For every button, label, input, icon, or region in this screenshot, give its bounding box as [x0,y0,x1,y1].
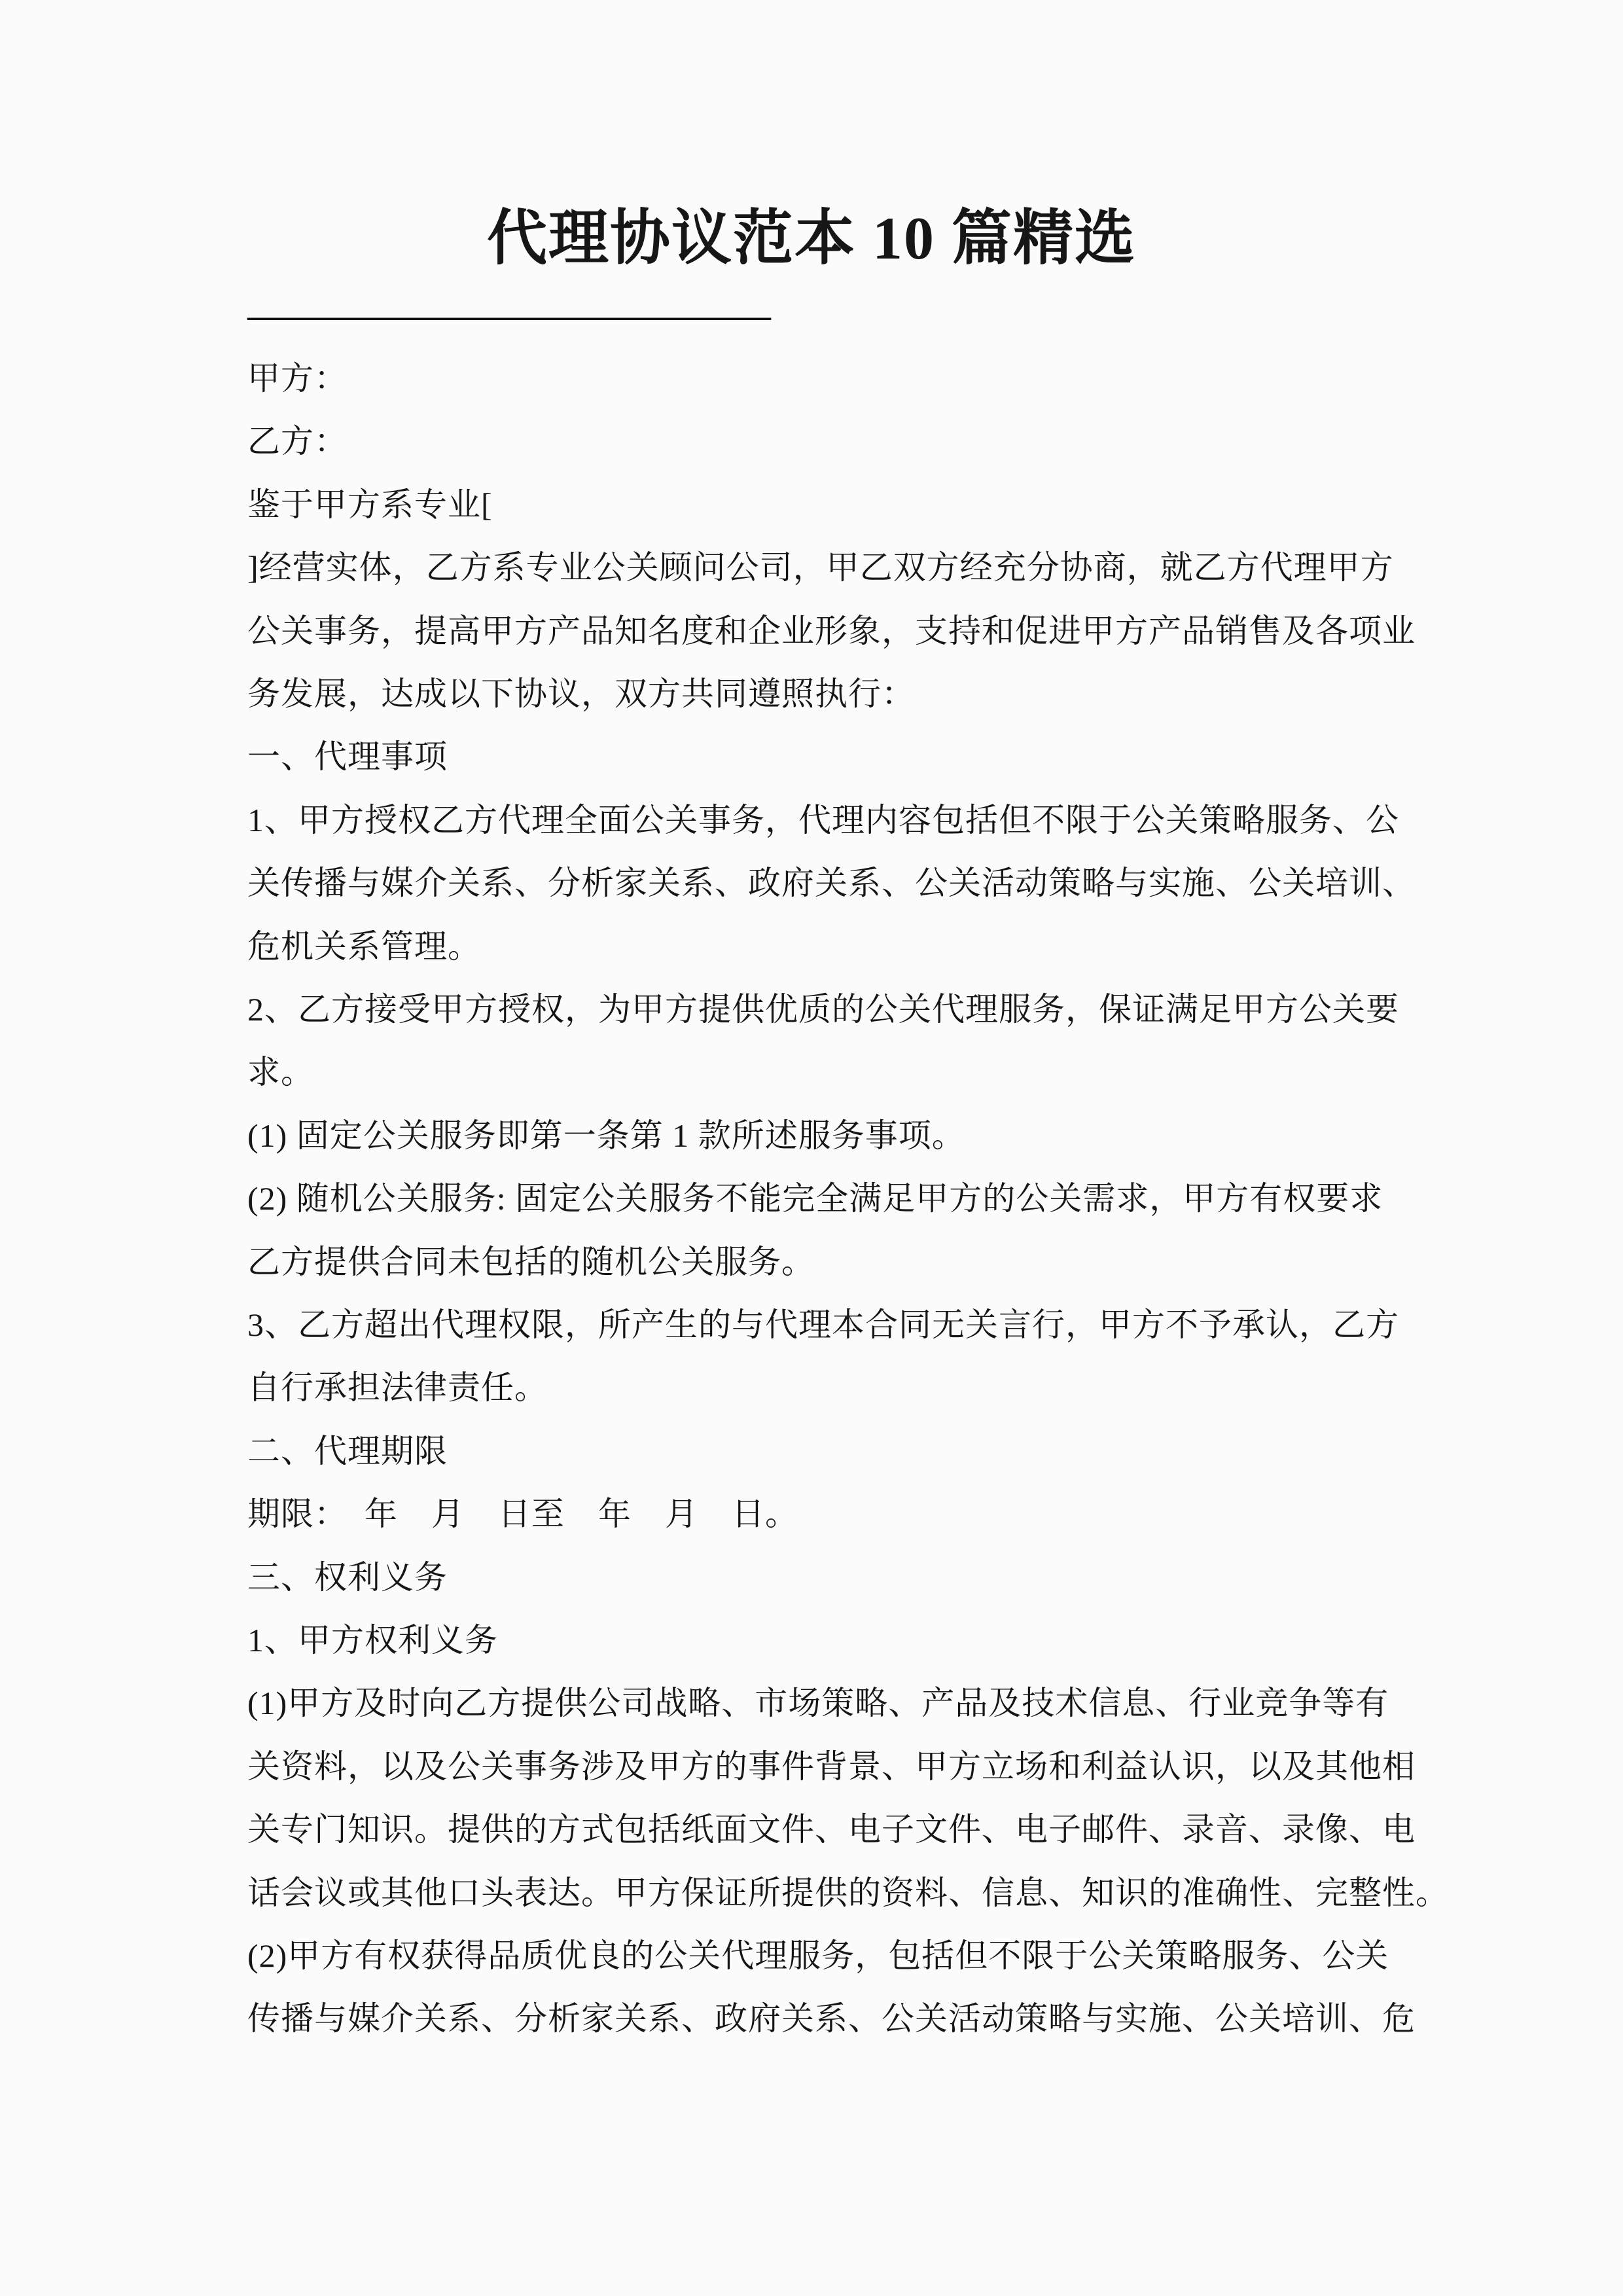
text-line: 1、甲方授权乙方代理全面公关事务，代理内容包括但不限于公关策略服务、公 [247,789,1383,852]
divider-line: ———————————————— [247,284,1383,348]
text-line: 关资料，以及公关事务涉及甲方的事件背景、甲方立场和利益认识，以及其他相 [247,1735,1383,1799]
text-line: 关专门知识。提供的方式包括纸面文件、电子文件、电子邮件、录音、录像、电 [247,1798,1383,1861]
text-line: 公关事务，提高甲方产品知名度和企业形象，支持和促进甲方产品销售及各项业 [247,600,1383,663]
text-line: 1、甲方权利义务 [247,1609,1383,1672]
text-line: 鉴于甲方系专业[ [247,473,1383,537]
text-line: 甲方： [247,347,1383,410]
text-line: 三、权利义务 [247,1546,1383,1609]
text-line: 一、代理事项 [247,725,1383,789]
text-line: 传播与媒介关系、分析家关系、政府关系、公关活动策略与实施、公关培训、危 [247,1987,1383,2051]
text-line: 期限： 年 月 日至 年 月 日。 [247,1482,1383,1546]
text-line: 二、代理期限 [247,1420,1383,1483]
text-line: 乙方： [247,410,1383,473]
text-line: 求。 [247,1041,1383,1104]
text-line: 3、乙方超出代理权限，所产生的与代理本合同无关言行，甲方不予承认，乙方 [247,1293,1383,1357]
text-line: 关传播与媒介关系、分析家关系、政府关系、公关活动策略与实施、公关培训、 [247,852,1383,915]
text-line: (1) 固定公关服务即第一条第 1 款所述服务事项。 [247,1104,1383,1168]
text-line: (1)甲方及时向乙方提供公司战略、市场策略、产品及技术信息、行业竞争等有 [247,1672,1383,1735]
text-line: (2)甲方有权获得品质优良的公关代理服务，包括但不限于公关策略服务、公关 [247,1924,1383,1988]
text-line: 务发展，达成以下协议，双方共同遵照执行： [247,662,1383,726]
text-line: 危机关系管理。 [247,915,1383,978]
text-line: ]经营实体，乙方系专业公关顾问公司，甲乙双方经充分协商，就乙方代理甲方 [247,536,1383,600]
document-page: 代理协议范本 10 篇精选 ————————————————甲方：乙方：鉴于甲方… [0,0,1623,2296]
text-line: (2) 随机公关服务: 固定公关服务不能完全满足甲方的公关需求，甲方有权要求 [247,1167,1383,1230]
text-line: 自行承担法律责任。 [247,1356,1383,1420]
text-line: 2、乙方接受甲方授权，为甲方提供优质的公关代理服务，保证满足甲方公关要 [247,978,1383,1041]
page-title: 代理协议范本 10 篇精选 [0,208,1623,268]
text-line: 话会议或其他口头表达。甲方保证所提供的资料、信息、知识的准确性、完整性。 [247,1861,1383,1925]
text-line: 乙方提供合同未包括的随机公关服务。 [247,1230,1383,1294]
